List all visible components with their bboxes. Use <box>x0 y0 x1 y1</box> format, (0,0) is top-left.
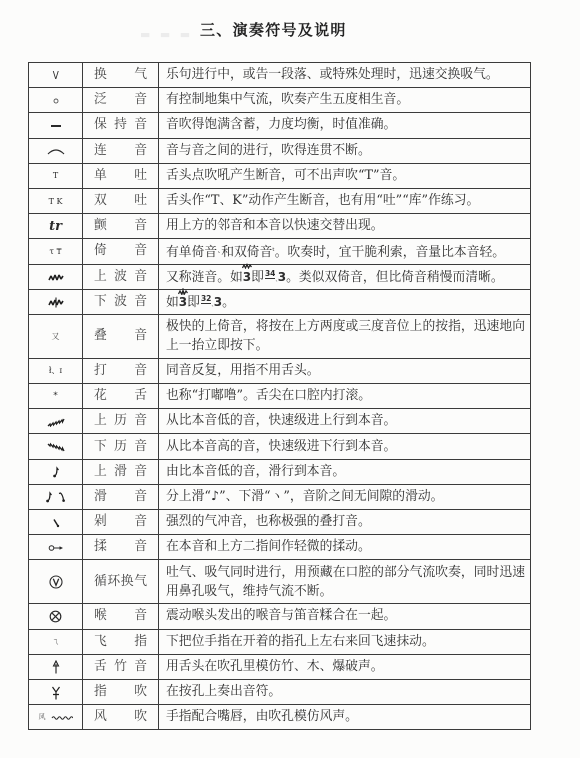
symbol-description: 在本音和上方二指间作轻微的揉动。 <box>159 539 530 555</box>
name-cell: 打音 <box>83 358 159 383</box>
finger-blow-icon <box>51 686 61 700</box>
tenuto-dash-icon <box>51 124 61 128</box>
description-cell: 震动喉头发出的喉音与笛音糅合在一起。 <box>159 604 531 629</box>
main-note: 3 <box>278 270 286 284</box>
grace-note-icon: τ ₸ <box>49 248 61 256</box>
symbol-description: 又称涟音。如3即34ˎ3。类似双倚音，但比倚音稍慢而清晰。 <box>159 267 530 286</box>
wind-char-icon: 风 <box>38 714 45 721</box>
symbol-name: 倚音 <box>83 243 158 259</box>
flying-finger-icon: ㄟ <box>52 638 60 646</box>
description-cell: 有单倚音ˎ和双倚音ₜ。吹奏时，宜干脆利索，音量比本音轻。 <box>159 239 531 264</box>
symbol-cell <box>29 409 83 434</box>
table-row: 下历音 从比本音高的音，快速级进下行到本音。 <box>29 434 531 459</box>
description-cell: 在本音和上方二指间作轻微的揉动。 <box>159 535 531 560</box>
vibrato-rub-icon <box>48 544 64 552</box>
symbol-cell: ł、ɪ <box>29 358 83 383</box>
trill-icon: tr <box>49 220 62 233</box>
table-row: 循环换气 吐气、吸气同时进行，用预藏在口腔的部分气流吹奏，同时迅速 用鼻孔吸气，… <box>29 560 531 604</box>
table-row: 滑音 分上滑“♪”、下滑“ヽ”，音阶之间无间隙的滑动。 <box>29 484 531 509</box>
symbol-description: 用舌头在吹孔里模仿竹、木、爆破声。 <box>159 659 530 675</box>
table-row: τ ₸ 倚音 有单倚音ˎ和双倚音ₜ。吹奏时，宜干脆利索，音量比本音轻。 <box>29 239 531 264</box>
symbol-description: 音吹得饱满含蓄，力度均衡，时值准确。 <box>159 117 530 133</box>
symbol-name: 循环换气 <box>83 574 158 590</box>
symbol-description: 有控制地集中气流，吹奏产生五度相生音。 <box>159 92 530 108</box>
symbol-name: 叠音 <box>83 328 158 344</box>
symbol-name: 指吹 <box>83 684 158 700</box>
table-row: 上滑音 由比本音低的音，滑行到本音。 <box>29 459 531 484</box>
mordent-ornament-icon <box>242 263 252 269</box>
name-cell: 倚音 <box>83 239 159 264</box>
name-cell: 风吹 <box>83 705 159 730</box>
symbol-description: 用上方的邻音和本音以快速交替出现。 <box>159 218 530 234</box>
symbol-cell: V <box>29 63 83 88</box>
description-cell: 用舌头在吹孔里模仿竹、木、爆破声。 <box>159 654 531 679</box>
table-row: 上波音 又称涟音。如3即34ˎ3。类似双倚音，但比倚音稍慢而清晰。 <box>29 264 531 289</box>
document-page: ▬ ▬ ▬ 三、演奏符号及说明 V 换气 乐句进行中，或告一段落、或特殊处理时，… <box>0 0 580 758</box>
symbol-description: 同音反复，用指不用舌头。 <box>159 363 530 379</box>
name-cell: 叠音 <box>83 314 159 358</box>
symbol-cell: T K <box>29 188 83 213</box>
description-cell: 在按孔上奏出音符。 <box>159 679 531 704</box>
symbol-name: 喉音 <box>83 608 158 624</box>
symbol-description: 乐句进行中，或告一段落、或特殊处理时，迅速交换吸气。 <box>159 67 530 83</box>
symbol-cell: T <box>29 163 83 188</box>
name-cell: 泛音 <box>83 88 159 113</box>
symbol-description: 在按孔上奏出音符。 <box>159 684 530 700</box>
symbol-description: 强烈的气冲音，也称极强的叠打音。 <box>159 514 530 530</box>
stacked-note-icon: 又 <box>52 333 60 341</box>
symbol-description: 下把位手指在开着的指孔上左右来回飞速抹动。 <box>159 634 530 650</box>
notation-symbol-table: V 换气 乐句进行中，或告一段落、或特殊处理时，迅速交换吸气。 泛音 有控制地集… <box>28 62 531 730</box>
circular-breathing-icon <box>49 575 63 589</box>
single-tongue-icon: T <box>53 172 58 180</box>
name-cell: 下波音 <box>83 289 159 314</box>
name-cell: 循环换气 <box>83 560 159 604</box>
table-row: ㄟ 飞指 下把位手指在开着的指孔上左右来回飞速抹动。 <box>29 629 531 654</box>
description-cell: 手指配合嘴唇，由吹孔模仿风声。 <box>159 705 531 730</box>
symbol-name: 下波音 <box>83 294 158 310</box>
symbol-description: 由比本音低的音，滑行到本音。 <box>159 464 530 480</box>
description-cell: 音吹得饱满含蓄，力度均衡，时值准确。 <box>159 113 531 138</box>
main-note: 3 <box>214 295 222 309</box>
table-row: T K 双吐 舌头作“T、K”动作产生断音，也有用“吐”“库”作练习。 <box>29 188 531 213</box>
symbol-description: 震动喉头发出的喉音与笛音糅合在一起。 <box>159 608 530 624</box>
breath-mark-icon: V <box>52 70 58 81</box>
description-cell: 吐气、吸气同时进行，用预藏在口腔的部分气流吹奏，同时迅速 用鼻孔吸气，维持气流不… <box>159 560 531 604</box>
lower-mordent-icon <box>48 297 64 308</box>
symbol-cell <box>29 459 83 484</box>
symbol-name: 换气 <box>83 67 158 83</box>
table-row: 喉音 震动喉头发出的喉音与笛音糅合在一起。 <box>29 604 531 629</box>
description-line: 极快的上倚音，将按在上方两度或三度音位上的按指，迅速地向 <box>166 317 525 336</box>
symbol-description: 分上滑“♪”、下滑“ヽ”，音阶之间无间隙的滑动。 <box>159 489 530 505</box>
symbol-description: 舌头作“T、K”动作产生断音，也有用“吐”“库”作练习。 <box>159 193 530 209</box>
ornamented-note: 3 <box>179 292 187 311</box>
symbol-description: 音与音之间的进行，吹得连贯不断。 <box>159 143 530 159</box>
description-cell: 舌头作“T、K”动作产生断音，也有用“吐”“库”作练习。 <box>159 188 531 213</box>
slide-icon <box>45 491 67 503</box>
symbol-cell <box>29 560 83 604</box>
beat-note-icon: ł、ɪ <box>49 367 62 375</box>
name-cell: 喉音 <box>83 604 159 629</box>
symbol-cell: ㄟ <box>29 629 83 654</box>
symbol-cell <box>29 113 83 138</box>
name-cell: 上波音 <box>83 264 159 289</box>
description-cell: 分上滑“♪”、下滑“ヽ”，音阶之间无间隙的滑动。 <box>159 484 531 509</box>
name-cell: 颤音 <box>83 214 159 239</box>
name-cell: 花舌 <box>83 384 159 409</box>
description-cell: 下把位手指在开着的指孔上左右来回飞速抹动。 <box>159 629 531 654</box>
bleed-through-text: ▬ ▬ ▬ <box>140 28 193 41</box>
symbol-cell <box>29 289 83 314</box>
upper-mordent-icon <box>48 273 64 282</box>
symbol-cell <box>29 535 83 560</box>
description-text: 。吹奏时，宜干脆利索，音量比本音轻。 <box>275 245 505 260</box>
description-cell: 同音反复，用指不用舌头。 <box>159 358 531 383</box>
description-cell: 音与音之间的进行，吹得连贯不断。 <box>159 138 531 163</box>
page-title: 三、演奏符号及说明 <box>200 21 347 39</box>
description-text: 如 <box>166 295 179 310</box>
description-text: 有单倚音 <box>166 245 217 260</box>
description-cell: 强烈的气冲音，也称极强的叠打音。 <box>159 510 531 535</box>
description-cell: 由比本音低的音，滑行到本音。 <box>159 459 531 484</box>
symbol-cell <box>29 88 83 113</box>
double-tongue-icon: T K <box>49 198 63 206</box>
symbol-cell <box>29 510 83 535</box>
table-row: 又 叠音 极快的上倚音，将按在上方两度或三度音位上的按指，迅速地向 上一抬立即按… <box>29 314 531 358</box>
table-row: 上历音 从比本音低的音，快速级进上行到本音。 <box>29 409 531 434</box>
symbol-description: 极快的上倚音，将按在上方两度或三度音位上的按指，迅速地向 上一抬立即按下。 <box>159 317 530 355</box>
symbol-cell: tr <box>29 214 83 239</box>
symbol-description: 有单倚音ˎ和双倚音ₜ。吹奏时，宜干脆利索，音量比本音轻。 <box>159 241 530 261</box>
symbol-name: 泛音 <box>83 92 158 108</box>
description-cell: 乐句进行中，或告一段落、或特殊处理时，迅速交换吸气。 <box>159 63 531 88</box>
symbol-name: 剁音 <box>83 514 158 530</box>
description-cell: 舌头点吹吼产生断音，可不出声吹“T”音。 <box>159 163 531 188</box>
symbol-name: 风吹 <box>83 709 158 725</box>
name-cell: 换气 <box>83 63 159 88</box>
description-text: 。 <box>222 295 235 310</box>
symbol-cell: 又 <box>29 314 83 358</box>
symbol-cell <box>29 654 83 679</box>
symbol-name: 飞指 <box>83 634 158 650</box>
name-cell: 保持音 <box>83 113 159 138</box>
symbol-name: 双吐 <box>83 193 158 209</box>
table-row: 下波音 如3即32ˎ3。 <box>29 289 531 314</box>
description-line: 吐气、吸气同时进行，用预藏在口腔的部分气流吹奏，同时迅速 <box>166 563 525 582</box>
grace-notes: 34 <box>265 270 275 279</box>
description-text: 即 <box>251 270 264 285</box>
name-cell: 上滑音 <box>83 459 159 484</box>
name-cell: 舌竹音 <box>83 654 159 679</box>
name-cell: 指吹 <box>83 679 159 704</box>
symbol-description: 吐气、吸气同时进行，用预藏在口腔的部分气流吹奏，同时迅速 用鼻孔吸气，维持气流不… <box>159 563 530 601</box>
name-cell: 滑音 <box>83 484 159 509</box>
symbol-cell: τ ₸ <box>29 239 83 264</box>
description-cell: 也称“打嘟噜”。舌尖在口腔内打滚。 <box>159 384 531 409</box>
table-row: * 花舌 也称“打嘟噜”。舌尖在口腔内打滚。 <box>29 384 531 409</box>
symbol-cell <box>29 434 83 459</box>
symbol-cell: * <box>29 384 83 409</box>
symbol-description: 从比本音低的音，快速级进上行到本音。 <box>159 413 530 429</box>
table-row: V 换气 乐句进行中，或告一段落、或特殊处理时，迅速交换吸气。 <box>29 63 531 88</box>
lower-mordent-ornament-icon <box>178 288 188 295</box>
descending-run-icon <box>47 442 65 452</box>
description-text: 又称涟音。如 <box>166 270 243 285</box>
table-row: T 单吐 舌头点吹吼产生断音，可不出声吹“T”音。 <box>29 163 531 188</box>
symbol-cell <box>29 484 83 509</box>
table-row: 连音 音与音之间的进行，吹得连贯不断。 <box>29 138 531 163</box>
description-cell: 又称涟音。如3即34ˎ3。类似双倚音，但比倚音稍慢而清晰。 <box>159 264 531 289</box>
symbol-name: 打音 <box>83 363 158 379</box>
wind-sound-icon <box>51 715 73 721</box>
description-cell: 有控制地集中气流，吹奏产生五度相生音。 <box>159 88 531 113</box>
symbol-name: 揉音 <box>83 539 158 555</box>
description-text: 。类似双倚音，但比倚音稍慢而清晰。 <box>286 270 504 285</box>
table-row: tr 颤音 用上方的邻音和本音以快速交替出现。 <box>29 214 531 239</box>
table-row: 保持音 音吹得饱满含蓄，力度均衡，时值准确。 <box>29 113 531 138</box>
accent-fall-icon <box>52 518 60 528</box>
description-line: 用鼻孔吸气，维持气流不断。 <box>166 582 525 601</box>
symbol-cell <box>29 264 83 289</box>
table-row: 风 风吹 手指配合嘴唇，由吹孔模仿风声。 <box>29 705 531 730</box>
grace-notes: 32 <box>201 295 211 304</box>
symbol-name: 单吐 <box>83 168 158 184</box>
slide-up-icon <box>52 466 60 478</box>
throat-tone-icon <box>49 610 62 623</box>
name-cell: 上历音 <box>83 409 159 434</box>
symbol-name: 连音 <box>83 143 158 159</box>
slur-arc-icon <box>47 147 65 155</box>
table-row: 剁音 强烈的气冲音，也称极强的叠打音。 <box>29 510 531 535</box>
ascending-run-icon <box>47 417 65 427</box>
name-cell: 揉音 <box>83 535 159 560</box>
symbol-name: 颤音 <box>83 218 158 234</box>
description-cell: 用上方的邻音和本音以快速交替出现。 <box>159 214 531 239</box>
description-cell: 从比本音高的音，快速级进下行到本音。 <box>159 434 531 459</box>
symbol-description: 也称“打嘟噜”。舌尖在口腔内打滚。 <box>159 388 530 404</box>
table-row: 舌竹音 用舌头在吹孔里模仿竹、木、爆破声。 <box>29 654 531 679</box>
table-row: 指吹 在按孔上奏出音符。 <box>29 679 531 704</box>
symbol-cell <box>29 604 83 629</box>
symbol-name: 花舌 <box>83 388 158 404</box>
description-cell: 如3即32ˎ3。 <box>159 289 531 314</box>
symbol-cell: 风 <box>29 705 83 730</box>
symbol-description: 从比本音高的音，快速级进下行到本音。 <box>159 439 530 455</box>
symbol-description: 如3即32ˎ3。 <box>159 292 530 311</box>
symbol-name: 上波音 <box>83 269 158 285</box>
tongue-bamboo-icon <box>52 660 60 674</box>
symbol-name: 下历音 <box>83 439 158 455</box>
name-cell: 单吐 <box>83 163 159 188</box>
symbol-name: 滑音 <box>83 489 158 505</box>
name-cell: 下历音 <box>83 434 159 459</box>
flutter-tongue-icon: * <box>53 392 58 401</box>
symbol-cell <box>29 679 83 704</box>
symbol-name: 上历音 <box>83 413 158 429</box>
description-cell: 从比本音低的音，快速级进上行到本音。 <box>159 409 531 434</box>
symbol-description: 舌头点吹吼产生断音，可不出声吹“T”音。 <box>159 168 530 184</box>
name-cell: 飞指 <box>83 629 159 654</box>
symbol-name: 上滑音 <box>83 464 158 480</box>
description-text: 和双倚音 <box>221 245 272 260</box>
table-row: 揉音 在本音和上方二指间作轻微的揉动。 <box>29 535 531 560</box>
name-cell: 剁音 <box>83 510 159 535</box>
description-text: 即 <box>187 295 200 310</box>
symbol-description: 手指配合嘴唇，由吹孔模仿风声。 <box>159 709 530 725</box>
harmonic-circle-icon <box>53 98 59 104</box>
name-cell: 双吐 <box>83 188 159 213</box>
table-row: 泛音 有控制地集中气流，吹奏产生五度相生音。 <box>29 88 531 113</box>
description-cell: 极快的上倚音，将按在上方两度或三度音位上的按指，迅速地向 上一抬立即按下。 <box>159 314 531 358</box>
ornamented-note: 3 <box>243 267 251 286</box>
table-row: ł、ɪ 打音 同音反复，用指不用舌头。 <box>29 358 531 383</box>
symbol-name: 保持音 <box>83 117 158 133</box>
name-cell: 连音 <box>83 138 159 163</box>
symbol-cell <box>29 138 83 163</box>
description-line: 上一抬立即按下。 <box>166 336 525 355</box>
symbol-name: 舌竹音 <box>83 659 158 675</box>
